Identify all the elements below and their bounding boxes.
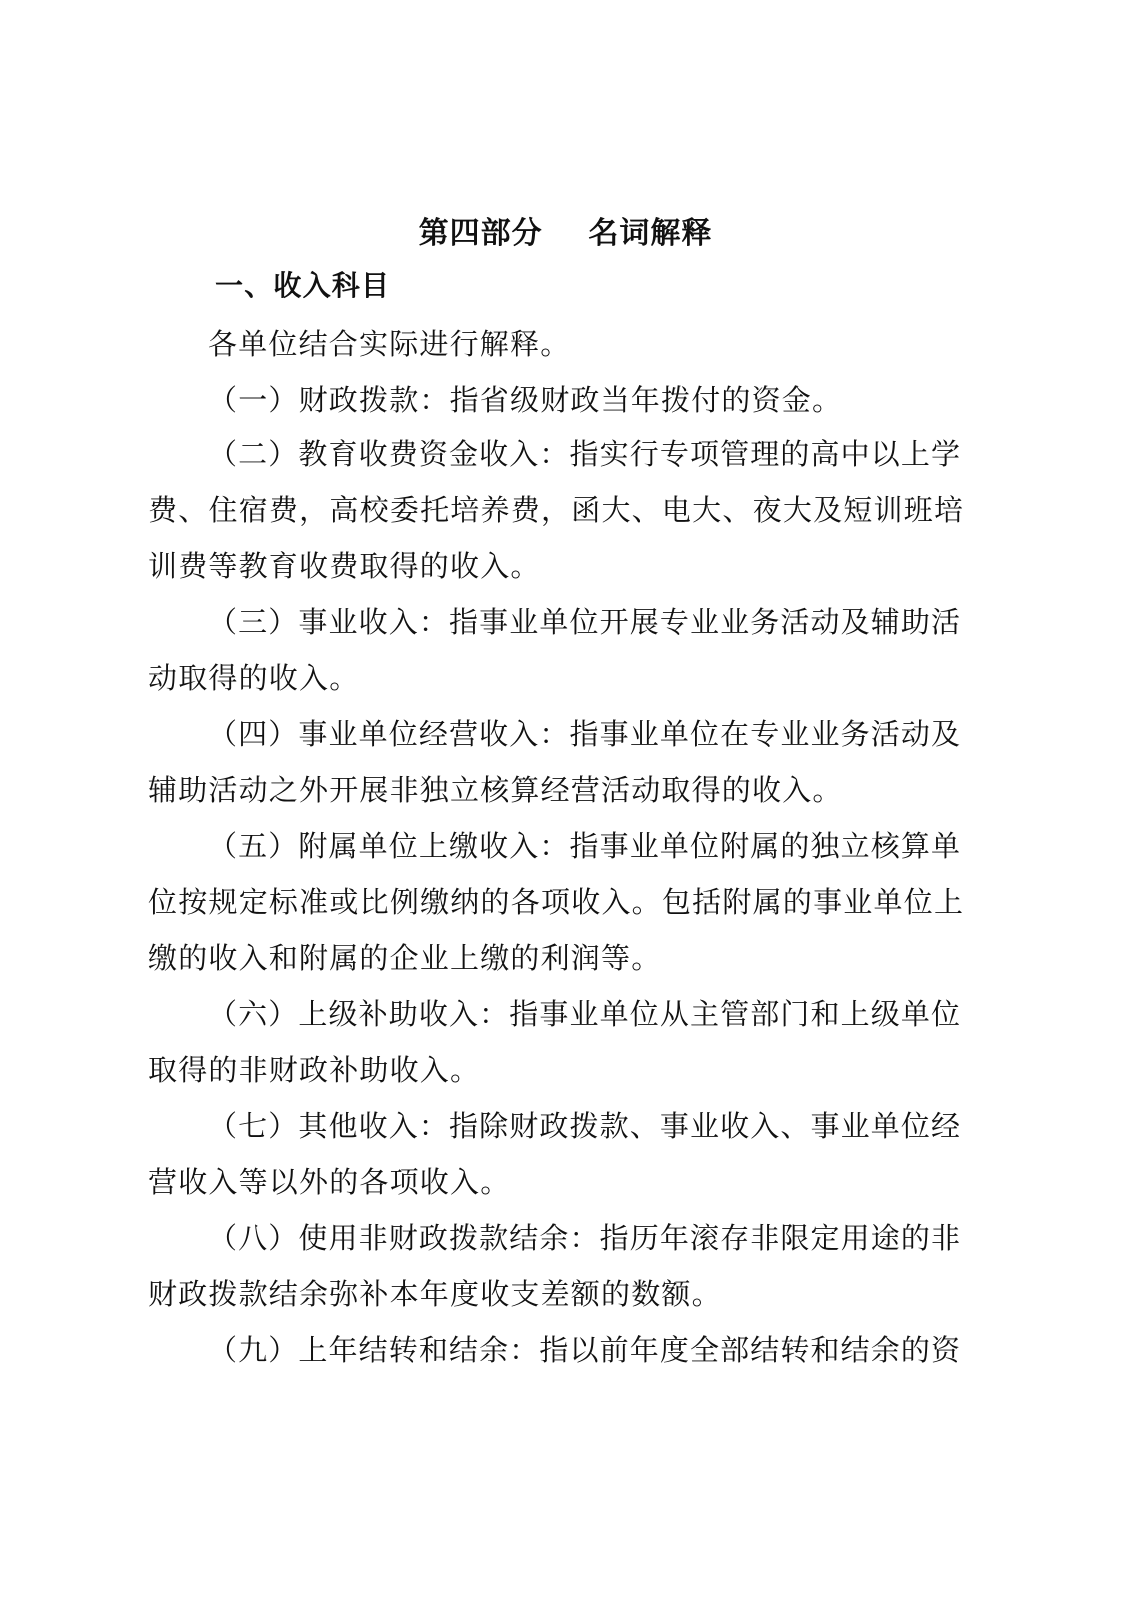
item-9-line-1: （九）上年结转和结余：指以前年度全部结转和结余的资	[208, 1332, 960, 1368]
item-1-line-1: （一）财政拨款：指省级财政当年拨付的资金。	[208, 382, 1023, 418]
item-4-line-2: 辅助活动之外开展非独立核算经营活动取得的收入。	[148, 772, 963, 808]
item-8-line-2: 财政拨款结余弥补本年度收支差额的数额。	[148, 1276, 963, 1312]
section-heading: 一、收入科目	[215, 268, 1030, 304]
item-7-line-1: （七）其他收入：指除财政拨款、事业收入、事业单位经	[208, 1108, 960, 1144]
item-5-line-2: 位按规定标准或比例缴纳的各项收入。包括附属的事业单位上	[148, 884, 963, 920]
document-page: 第四部分 名词解释 一、收入科目 各单位结合实际进行解释。 （一）财政拨款：指省…	[0, 0, 1131, 1600]
item-8-line-1: （八）使用非财政拨款结余：指历年滚存非限定用途的非	[208, 1220, 960, 1256]
item-7-line-2: 营收入等以外的各项收入。	[148, 1164, 963, 1200]
item-5-line-1: （五）附属单位上缴收入：指事业单位附属的独立核算单	[208, 828, 960, 864]
item-2-line-3: 训费等教育收费取得的收入。	[148, 548, 963, 584]
intro-paragraph: 各单位结合实际进行解释。	[208, 326, 1023, 362]
item-6-line-1: （六）上级补助收入：指事业单位从主管部门和上级单位	[208, 996, 960, 1032]
item-3-line-1: （三）事业收入：指事业单位开展专业业务活动及辅助活	[208, 604, 960, 640]
item-5-line-3: 缴的收入和附属的企业上缴的利润等。	[148, 940, 963, 976]
item-4-line-1: （四）事业单位经营收入：指事业单位在专业业务活动及	[208, 716, 960, 752]
item-6-line-2: 取得的非财政补助收入。	[148, 1052, 963, 1088]
item-2-line-2: 费、住宿费，高校委托培养费，函大、电大、夜大及短训班培	[148, 492, 963, 528]
item-2-line-1: （二）教育收费资金收入：指实行专项管理的高中以上学	[208, 436, 960, 472]
item-3-line-2: 动取得的收入。	[148, 660, 963, 696]
page-title: 第四部分 名词解释	[0, 208, 1131, 252]
